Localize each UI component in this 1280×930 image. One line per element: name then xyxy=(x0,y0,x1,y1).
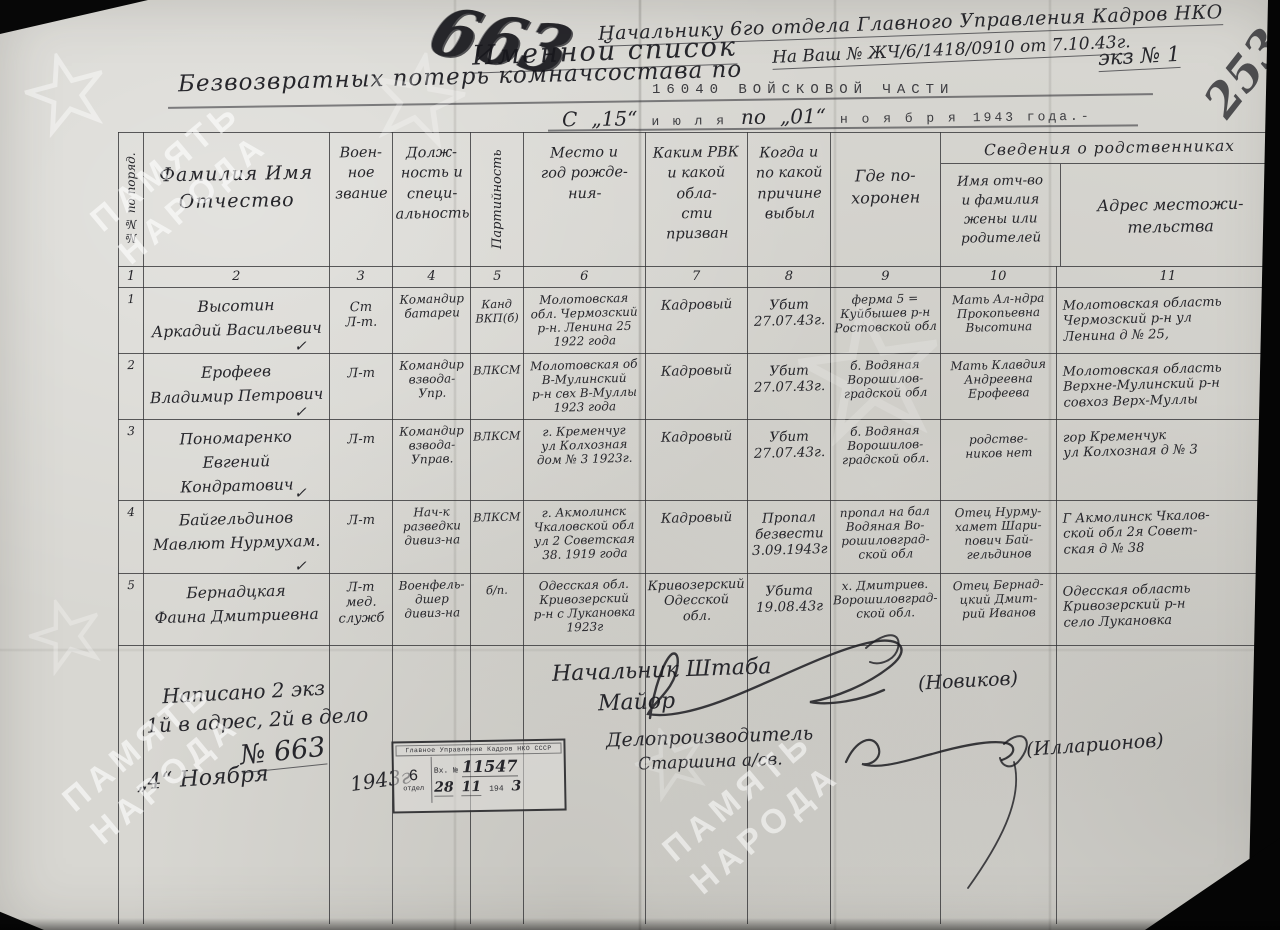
birthplace: г. Акмолинск Чкаловской обл ул 2 Советск… xyxy=(525,502,643,564)
header-cell-drafted: Каким РВК и какой обла- сти призван xyxy=(645,133,747,267)
stamp-year-digit: 3 xyxy=(511,778,521,794)
header-drafted-label: Каким РВК и какой обла- сти призван xyxy=(647,134,746,245)
cell-birthplace: Молотовская обл. Чермозский р-н. Ленина … xyxy=(523,288,645,354)
cell-name: Высотин Аркадий Васильевич✓ xyxy=(144,288,330,354)
cell-burial: ферма 5 = Куйбышев р-н Ростовской обл xyxy=(831,288,940,354)
stamp-dept-number: 6 xyxy=(396,767,431,786)
colnum-cell: 11 xyxy=(1056,267,1279,288)
cell-relatives: Отец Бернад- цкий Дмит- рий Иванов xyxy=(940,574,1056,646)
person-name: Высотин Аркадий Васильевич xyxy=(145,288,327,345)
cell-party: Канд ВКП(б) xyxy=(471,288,524,354)
cell-party: б/п. xyxy=(471,574,524,646)
cell-drafted: Кадровый xyxy=(645,354,747,420)
document-scan-page: { "watermark": { "line1": "ПАМЯТЬ", "lin… xyxy=(0,0,1280,930)
checkmark: ✓ xyxy=(294,557,307,575)
empty-cell xyxy=(645,646,747,924)
cell-fate: Убит 27.07.43г. xyxy=(747,420,831,501)
colnum-cell: 6 xyxy=(523,267,645,288)
cell-name: Ерофеев Владимир Петрович✓ xyxy=(144,354,330,420)
colnum-7: 7 xyxy=(648,269,745,284)
cell-birthplace: Молотовская об В-Мулинский р-н свх В-Мул… xyxy=(523,354,645,420)
person-name: Байгельдинов Мавлют Нурмухам. xyxy=(145,501,327,558)
cell-drafted: Кривозерский Одесской обл. xyxy=(645,574,747,646)
colnum-cell: 5 xyxy=(471,267,524,288)
stamp-incoming-line: Вх. № 11547 xyxy=(434,756,560,778)
cell-drafted: Кадровый xyxy=(645,501,747,574)
fate: Убит 27.07.43г. xyxy=(749,421,829,463)
relatives-group-label: Сведения о родственниках xyxy=(984,137,1235,159)
cell-relatives: Отец Нурму- хамет Шари- пович Бай- гельд… xyxy=(940,501,1056,574)
header-cell-name: Фамилия Имя Отчество xyxy=(144,133,330,267)
drafted-by: Кадровый xyxy=(647,355,745,381)
header-cell-party: Партийность xyxy=(471,133,524,267)
header-address-label: Адрес местожи- тельства xyxy=(1060,162,1280,241)
stamp-year-prefix: 194 xyxy=(489,785,504,794)
drafted-by: Кадровый xyxy=(647,502,745,528)
period-from-day: „15“ xyxy=(591,106,637,131)
colnum-cell: 10 xyxy=(940,267,1056,288)
column-number-row: 1 2 3 4 5 6 7 8 9 10 11 xyxy=(119,267,1280,288)
cell-party: ВЛКСМ xyxy=(471,501,524,574)
colnum-cell: 3 xyxy=(329,267,392,288)
row-number: 3 xyxy=(121,422,141,439)
relatives-group-header: Сведения о родственниках xyxy=(941,133,1279,164)
colnum-cell: 9 xyxy=(831,267,940,288)
cell-burial: б. Водяная Ворошилов- градской обл. xyxy=(831,420,940,501)
drafted-by: Кадровый xyxy=(647,289,745,315)
fate: Убит 27.07.43г. xyxy=(749,355,829,397)
signature1-rank: Майор xyxy=(598,689,676,717)
relative-address: Одесская область Кривозерский р-н село Л… xyxy=(1058,573,1278,631)
colnum-9: 9 xyxy=(833,269,937,284)
header-cell-position: Долж- ность и специ- альность xyxy=(392,133,471,267)
stamp-date-line: 28 11 194 3 xyxy=(434,778,560,797)
header-position-label: Долж- ность и специ- альность xyxy=(394,134,469,224)
cell-num: 4 xyxy=(119,501,144,574)
position: Командир батареи xyxy=(394,289,469,321)
colnum-cell: 8 xyxy=(747,267,831,288)
colnum-cell: 4 xyxy=(392,267,471,288)
cell-birthplace: Одесская обл. Кривозерский р-н с Луканов… xyxy=(523,574,645,646)
burial-place: пропал на бал Водяная Во- рошиловград- с… xyxy=(832,502,938,563)
cell-num: 1 xyxy=(119,288,144,354)
party: Канд ВКП(б) xyxy=(473,289,521,325)
cell-burial: х. Дмитриев. Ворошиловград- ской обл. xyxy=(831,574,940,646)
relative-address: Г Акмолинск Чкалов- ской обл 2я Совет- с… xyxy=(1058,500,1278,558)
relative-address: гор Кременчук ул Колхозная д № 3 xyxy=(1058,419,1277,461)
cell-address: Молотовская область Верхне-Мулинский р-н… xyxy=(1056,354,1279,420)
rank: Л-т xyxy=(331,502,390,529)
header-cell-fate: Когда и по какой причине выбыл xyxy=(747,133,831,267)
row-number: 4 xyxy=(121,503,141,520)
header-number-label: №№ по поряд. xyxy=(124,137,138,261)
position: Нач-к разведки дивиз-на xyxy=(394,502,469,548)
cell-position: Военфель- дшер дивиз-на xyxy=(392,574,471,646)
colnum-1: 1 xyxy=(121,269,141,284)
relatives: родстве- ников нет xyxy=(942,421,1054,462)
row-number: 2 xyxy=(121,356,141,373)
header-party-label: Партийность xyxy=(490,137,505,261)
relatives: Мать Клавдия Андреевна Ерофеева xyxy=(942,355,1054,402)
cell-fate: Убит 27.07.43г. xyxy=(747,288,831,354)
colnum-4: 4 xyxy=(395,269,469,284)
colnum-11: 11 xyxy=(1059,269,1277,284)
period-year: 1943 года.- xyxy=(973,109,1092,125)
table-row: 3 Пономаренко Евгений Кондратович✓ Л-т К… xyxy=(119,420,1280,501)
cell-position: Командир взвода-Управ. xyxy=(392,420,471,501)
cell-birthplace: г. Кременчуг ул Колхозная дом № 3 1923г. xyxy=(523,420,645,501)
birthplace: Одесская обл. Кривозерский р-н с Луканов… xyxy=(525,575,643,637)
table-header-row: №№ по поряд. Фамилия Имя Отчество Воен- … xyxy=(119,133,1280,267)
birthplace: г. Кременчуг ул Колхозная дом № 3 1923г. xyxy=(525,420,643,468)
colnum-cell: 7 xyxy=(645,267,747,288)
checkmark: ✓ xyxy=(294,484,307,502)
cell-rank: Л-т xyxy=(329,354,392,420)
cell-num: 5 xyxy=(119,574,144,646)
rank: Л-т мед. служб xyxy=(331,575,390,626)
stamp-incoming-label: Вх. № xyxy=(434,766,458,775)
header-fate-label: Когда и по какой причине выбыл xyxy=(749,134,829,225)
cell-position: Командир батареи xyxy=(392,288,471,354)
cell-fate: Убита 19.08.43г xyxy=(747,574,831,646)
stamp-body: 6 отдел Вх. № 11547 28 11 194 3 xyxy=(396,755,563,804)
fate: Убит 27.07.43г. xyxy=(749,289,829,331)
party: б/п. xyxy=(473,575,521,598)
stamp-month: 11 xyxy=(462,779,482,796)
cell-party: ВЛКСМ xyxy=(471,420,524,501)
period-mid: по xyxy=(741,105,766,129)
cell-address: Молотовская область Чермозский р-н ул Ле… xyxy=(1056,288,1279,354)
birthplace: Молотовская обл. Чермозский р-н. Ленина … xyxy=(525,288,643,350)
stamp-right: Вх. № 11547 28 11 194 3 xyxy=(432,755,563,803)
burial-place: б. Водяная Ворошилов- градской обл xyxy=(833,355,939,402)
header-burial-label: Где по- хоронен xyxy=(833,134,939,211)
fate: Пропал безвести 3.09.1943г xyxy=(749,502,829,560)
fate: Убита 19.08.43г xyxy=(749,575,829,617)
header-cell-rank: Воен- ное звание xyxy=(329,133,392,267)
party: ВЛКСМ xyxy=(473,421,521,444)
cell-rank: Л-т xyxy=(329,501,392,574)
cell-rank: Ст Л-т. xyxy=(329,288,392,354)
cell-fate: Убит 27.07.43г. xyxy=(747,354,831,420)
relatives-subheaders: Имя отч-во и фамилия жены или родителей … xyxy=(941,164,1279,266)
cell-burial: пропал на бал Водяная Во- рошиловград- с… xyxy=(831,501,940,574)
colnum-cell: 2 xyxy=(144,267,330,288)
relatives: Мать Ал-ндра Прокопьевна Высотина xyxy=(942,289,1054,336)
cell-num: 2 xyxy=(119,354,144,420)
row-number: 5 xyxy=(121,576,141,593)
cell-burial: б. Водяная Ворошилов- градской обл xyxy=(831,354,940,420)
relative-address: Молотовская область Верхне-Мулинский р-н… xyxy=(1058,353,1278,411)
party: ВЛКСМ xyxy=(473,355,521,378)
rank: Л-т xyxy=(331,421,390,448)
cell-position: Нач-к разведки дивиз-на xyxy=(392,501,471,574)
cell-birthplace: г. Акмолинск Чкаловской обл ул 2 Советск… xyxy=(523,501,645,574)
checkmark: ✓ xyxy=(294,337,307,355)
header-cell-birthplace: Место и год рожде- ния- xyxy=(523,133,645,267)
cell-rank: Л-т xyxy=(329,420,392,501)
cell-party: ВЛКСМ xyxy=(471,354,524,420)
relative-address: Молотовская область Чермозский р-н ул Ле… xyxy=(1058,287,1278,345)
checkmark: ✓ xyxy=(294,403,307,421)
cell-drafted: Кадровый xyxy=(645,288,747,354)
party: ВЛКСМ xyxy=(473,502,521,525)
header-cell-number: №№ по поряд. xyxy=(119,133,144,267)
cell-name: Пономаренко Евгений Кондратович✓ xyxy=(144,420,330,501)
header-name-label: Фамилия Имя Отчество xyxy=(145,133,327,215)
burial-place: ферма 5 = Куйбышев р-н Ростовской обл xyxy=(833,289,939,336)
colnum-2: 2 xyxy=(146,269,327,284)
rank: Ст Л-т. xyxy=(331,289,390,331)
stamp-day: 28 xyxy=(434,779,454,796)
header-cell-burial: Где по- хоронен xyxy=(831,133,940,267)
colnum-6: 6 xyxy=(526,269,643,284)
header-rank-label: Воен- ное звание xyxy=(331,134,390,204)
header-relative-name-label: Имя отч-во и фамилия жены или родителей xyxy=(940,163,1060,249)
cell-address: Одесская область Кривозерский р-н село Л… xyxy=(1056,574,1279,646)
position: Военфель- дшер дивиз-на xyxy=(394,575,469,621)
cell-num: 3 xyxy=(119,420,144,501)
header-cell-address: Адрес местожи- тельства xyxy=(1060,164,1279,266)
colnum-8: 8 xyxy=(750,269,829,284)
cell-relatives: родстве- ников нет xyxy=(940,420,1056,501)
person-name: Ерофеев Владимир Петрович xyxy=(145,354,327,411)
scan-edge-bottom xyxy=(0,918,1280,930)
birthplace: Молотовская об В-Мулинский р-н свх В-Мул… xyxy=(525,354,643,416)
cell-name: Байгельдинов Мавлют Нурмухам.✓ xyxy=(144,501,330,574)
cell-address: Г Акмолинск Чкалов- ской обл 2я Совет- с… xyxy=(1056,501,1279,574)
position: Командир взвода-Упр. xyxy=(394,355,469,401)
position: Командир взвода-Управ. xyxy=(394,421,469,467)
empty-cell xyxy=(747,646,831,924)
table-row: 1 Высотин Аркадий Васильевич✓ Ст Л-т. Ко… xyxy=(119,288,1280,354)
burial-place: х. Дмитриев. Ворошиловград- ской обл. xyxy=(833,575,939,622)
header-cell-relative-name: Имя отч-во и фамилия жены или родителей xyxy=(941,164,1060,266)
colnum-3: 3 xyxy=(332,269,390,284)
period-from-month: и ю л я xyxy=(651,113,727,129)
colnum-cell: 1 xyxy=(119,267,144,288)
cell-position: Командир взвода-Упр. xyxy=(392,354,471,420)
cell-rank: Л-т мед. служб xyxy=(329,574,392,646)
cell-drafted: Кадровый xyxy=(645,420,747,501)
relatives: Отец Нурму- хамет Шари- пович Бай- гельд… xyxy=(942,502,1055,564)
table-row: 2 Ерофеев Владимир Петрович✓ Л-т Команди… xyxy=(119,354,1280,420)
period-prefix: С xyxy=(562,107,578,131)
header-birthplace-label: Место и год рожде- ния- xyxy=(525,134,643,205)
relatives: Отец Бернад- цкий Дмит- рий Иванов xyxy=(942,575,1054,622)
copy-number-label: экз № 1 xyxy=(1097,42,1181,72)
drafted-by: Кривозерский Одесской обл. xyxy=(647,575,745,626)
cell-address: гор Кременчук ул Колхозная д № 3 xyxy=(1056,420,1279,501)
cell-relatives: Мать Клавдия Андреевна Ерофеева xyxy=(940,354,1056,420)
cell-relatives: Мать Ал-ндра Прокопьевна Высотина xyxy=(940,288,1056,354)
table-row: 4 Байгельдинов Мавлют Нурмухам.✓ Л-т Нач… xyxy=(119,501,1280,574)
burial-place: б. Водяная Ворошилов- градской обл. xyxy=(833,421,939,468)
table-row: 5 Бернадцкая Фаина Дмитриевна Л-т мед. с… xyxy=(119,574,1280,646)
cell-fate: Пропал безвести 3.09.1943г xyxy=(747,501,831,574)
period-to-day: „01“ xyxy=(780,104,826,129)
row-number: 1 xyxy=(121,290,141,307)
drafted-by: Кадровый xyxy=(647,421,745,447)
incoming-stamp: Главное Управление Кадров НКО СССР 6 отд… xyxy=(391,738,566,813)
losses-table: №№ по поряд. Фамилия Имя Отчество Воен- … xyxy=(118,132,1280,924)
rank: Л-т xyxy=(331,355,390,382)
stamp-dept-label: отдел xyxy=(396,785,431,794)
colnum-5: 5 xyxy=(473,269,521,284)
period-to-month: н о я б р я xyxy=(840,110,959,126)
stamp-department: 6 отдел xyxy=(396,757,433,804)
colnum-10: 10 xyxy=(943,269,1054,284)
header-cell-relatives-group: Сведения о родственниках Имя отч-во и фа… xyxy=(940,133,1279,267)
stamp-incoming-number: 11547 xyxy=(462,756,518,777)
cell-name: Бернадцкая Фаина Дмитриевна xyxy=(144,574,330,646)
person-name: Бернадцкая Фаина Дмитриевна xyxy=(145,574,327,631)
